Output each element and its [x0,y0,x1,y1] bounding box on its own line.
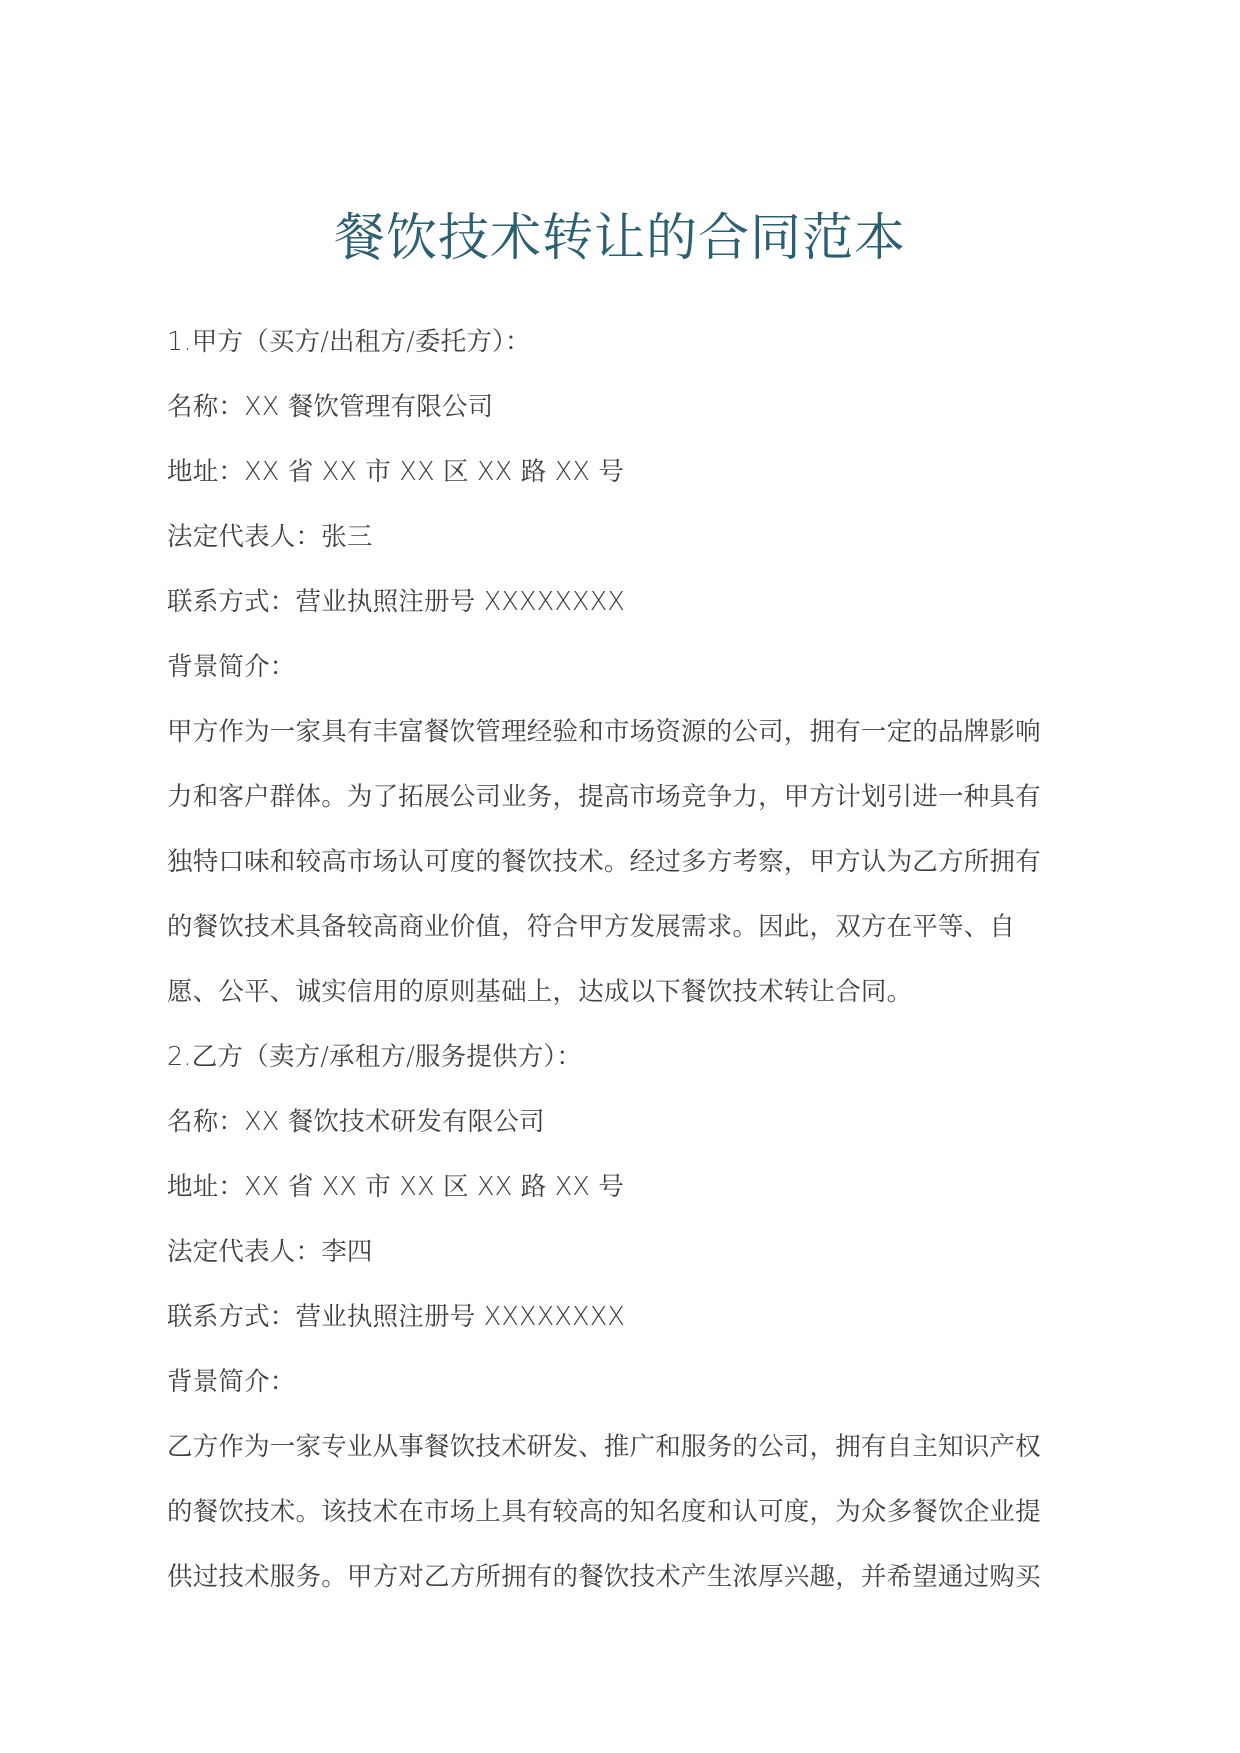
document-line: 愿、公平、诚实信用的原则基础上，达成以下餐饮技术转让合同。 [167,960,1160,1025]
document-line: 联系方式：营业执照注册号 XXXXXXXX [167,570,1160,635]
document-line: 供过技术服务。甲方对乙方所拥有的餐饮技术产生浓厚兴趣，并希望通过购买 [167,1545,1160,1610]
document-line: 法定代表人：张三 [167,505,1160,570]
document-line: 背景简介： [167,1350,1160,1415]
document-line: 力和客户群体。为了拓展公司业务，提高市场竞争力，甲方计划引进一种具有 [167,765,1160,830]
document-body: 1.甲方（买方/出租方/委托方）： 名称：XX 餐饮管理有限公司 地址：XX 省… [167,310,1160,1610]
document-line: 联系方式：营业执照注册号 XXXXXXXX [167,1285,1160,1350]
document-line: 法定代表人：李四 [167,1220,1160,1285]
document-line: 名称：XX 餐饮技术研发有限公司 [167,1090,1160,1155]
document-title: 餐饮技术转让的合同范本 [0,203,1240,275]
document-line: 的餐饮技术。该技术在市场上具有较高的知名度和认可度，为众多餐饮企业提 [167,1480,1160,1545]
document-line: 的餐饮技术具备较高商业价值，符合甲方发展需求。因此，双方在平等、自 [167,895,1160,960]
document-line: 名称：XX 餐饮管理有限公司 [167,375,1160,440]
document-line: 地址：XX 省 XX 市 XX 区 XX 路 XX 号 [167,440,1160,505]
document-line: 独特口味和较高市场认可度的餐饮技术。经过多方考察，甲方认为乙方所拥有 [167,830,1160,895]
document-line: 甲方作为一家具有丰富餐饮管理经验和市场资源的公司，拥有一定的品牌影响 [167,700,1160,765]
document-page: 餐饮技术转让的合同范本 1.甲方（买方/出租方/委托方）： 名称：XX 餐饮管理… [0,0,1240,1753]
document-line: 1.甲方（买方/出租方/委托方）： [167,310,1160,375]
document-line: 2.乙方（卖方/承租方/服务提供方）： [167,1025,1160,1090]
document-line: 背景简介： [167,635,1160,700]
document-line: 乙方作为一家专业从事餐饮技术研发、推广和服务的公司，拥有自主知识产权 [167,1415,1160,1480]
document-line: 地址：XX 省 XX 市 XX 区 XX 路 XX 号 [167,1155,1160,1220]
